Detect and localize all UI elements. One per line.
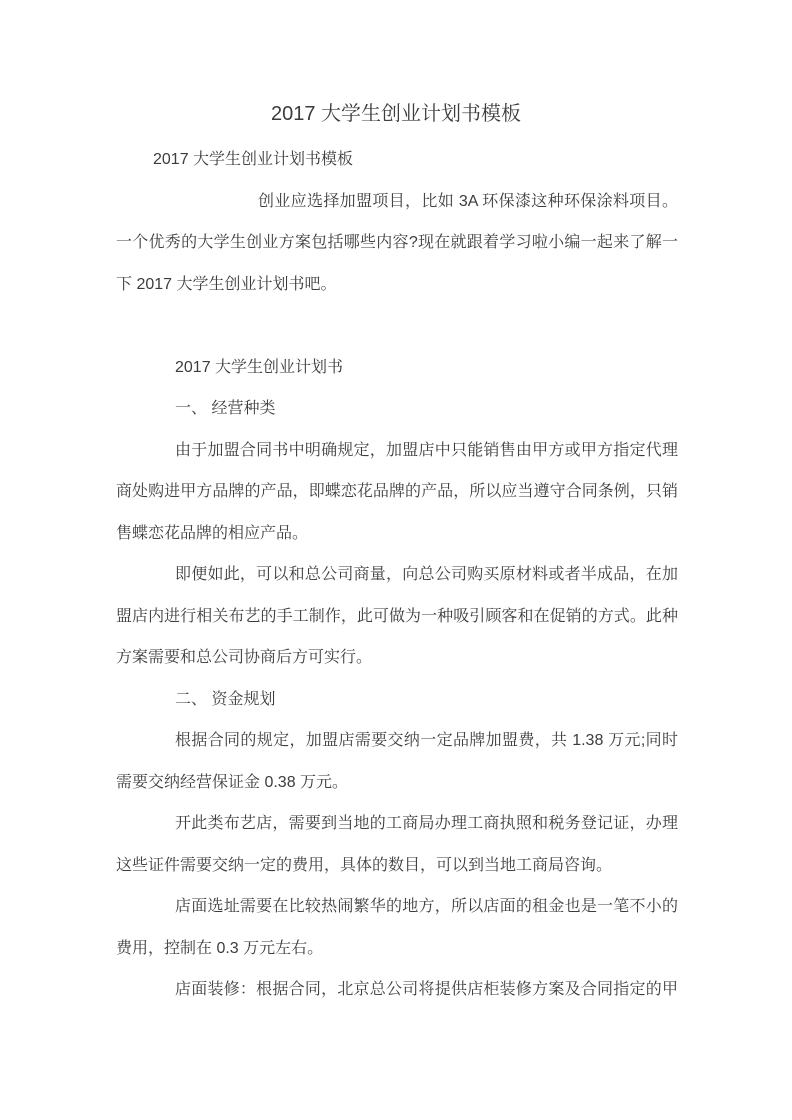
text-line: 2017 大学生创业计划书 — [116, 347, 678, 389]
paragraph-body: 即便如此，可以和总公司商量，向总公司购买原材料或者半成品，在加盟店内进行相关布艺… — [116, 554, 678, 679]
text-line: 盟店内进行相关布艺的手工制作，此可做为一种吸引顾客和在促销的方式。此种 — [116, 596, 678, 638]
text-line: 方案需要和总公司协商后方可实行。 — [116, 637, 678, 679]
paragraph-body: 由于加盟合同书中明确规定，加盟店中只能销售由甲方或甲方指定代理商处购进甲方品牌的… — [116, 430, 678, 555]
paragraph-spacer — [116, 305, 678, 347]
text-line: 下 2017 大学生创业计划书吧。 — [116, 264, 678, 306]
text-line: 店面选址需要在比较热闹繁华的地方，所以店面的租金也是一笔不小的 — [116, 886, 678, 928]
text-line: 一、 经营种类 — [116, 388, 678, 430]
paragraph-section-title: 2017 大学生创业计划书 — [116, 347, 678, 389]
paragraph-body: 根据合同的规定，加盟店需要交纳一定品牌加盟费，共 1.38 万元;同时需要交纳经… — [116, 720, 678, 803]
text-line: 2017 大学生创业计划书模板 — [116, 139, 678, 181]
paragraph-heading-one: 一、 经营种类 — [116, 388, 678, 430]
paragraph-body: 开此类布艺店，需要到当地的工商局办理工商执照和税务登记证，办理这些证件需要交纳一… — [116, 803, 678, 886]
text-line: 店面装修：根据合同，北京总公司将提供店柜装修方案及合同指定的甲 — [116, 969, 678, 1011]
text-line: 由于加盟合同书中明确规定，加盟店中只能销售由甲方或甲方指定代理 — [116, 430, 678, 472]
text-line: 开此类布艺店，需要到当地的工商局办理工商执照和税务登记证，办理 — [116, 803, 678, 845]
paragraph-body: 店面装修：根据合同，北京总公司将提供店柜装修方案及合同指定的甲 — [116, 969, 678, 1011]
text-line: 需要交纳经营保证金 0.38 万元。 — [116, 762, 678, 804]
text-line: 创业应选择加盟项目，比如 3A 环保漆这种环保涂料项目。 — [116, 181, 678, 223]
paragraph-intro: 创业应选择加盟项目，比如 3A 环保漆这种环保涂料项目。一个优秀的大学生创业方案… — [116, 181, 678, 306]
paragraph-heading-two: 二、 资金规划 — [116, 679, 678, 721]
document-page: 2017 大学生创业计划书模板 2017 大学生创业计划书模板创业应选择加盟项目… — [0, 0, 792, 1120]
text-line: 商处购进甲方品牌的产品，即蝶恋花品牌的产品，所以应当遵守合同条例，只销 — [116, 471, 678, 513]
text-line: 根据合同的规定，加盟店需要交纳一定品牌加盟费，共 1.38 万元;同时 — [116, 720, 678, 762]
document-body: 2017 大学生创业计划书模板创业应选择加盟项目，比如 3A 环保漆这种环保涂料… — [116, 139, 678, 1011]
text-line: 费用，控制在 0.3 万元左右。 — [116, 928, 678, 970]
text-line: 这些证件需要交纳一定的费用，具体的数目，可以到当地工商局咨询。 — [116, 845, 678, 887]
paragraph-body: 店面选址需要在比较热闹繁华的地方，所以店面的租金也是一笔不小的费用，控制在 0.… — [116, 886, 678, 969]
text-line: 一个优秀的大学生创业方案包括哪些内容?现在就跟着学习啦小编一起来了解一 — [116, 222, 678, 264]
paragraph-subtitle: 2017 大学生创业计划书模板 — [116, 139, 678, 181]
text-line: 二、 资金规划 — [116, 679, 678, 721]
document-title: 2017 大学生创业计划书模板 — [0, 100, 792, 128]
text-line: 售蝶恋花品牌的相应产品。 — [116, 513, 678, 555]
text-line: 即便如此，可以和总公司商量，向总公司购买原材料或者半成品，在加 — [116, 554, 678, 596]
text-line — [116, 305, 678, 347]
